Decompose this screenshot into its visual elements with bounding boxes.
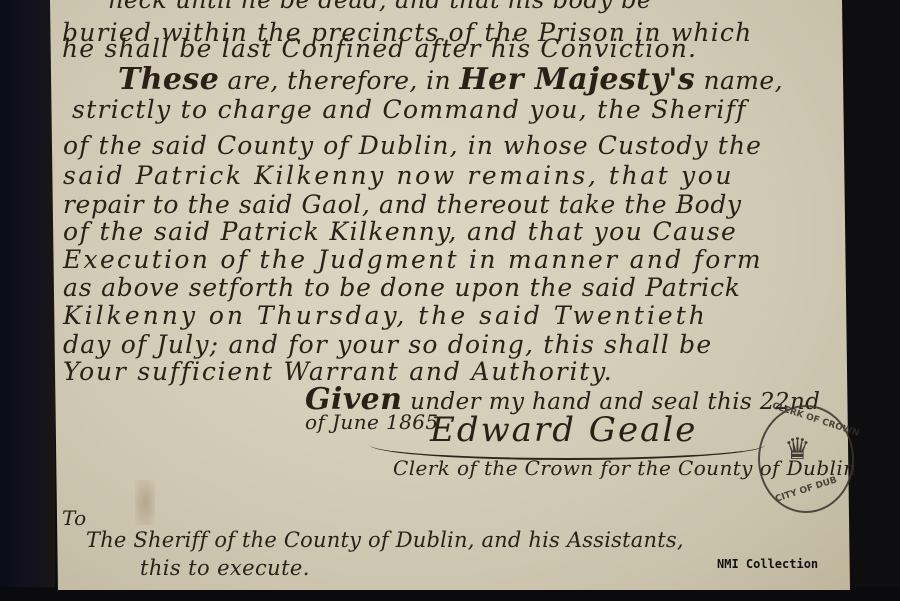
these-end: name,: [695, 66, 783, 95]
official-stamp: CLERK OF CROWN ♛ CITY OF DUB: [758, 405, 854, 513]
her-majesty: Her Majesty's: [459, 62, 695, 97]
warrant-line-13: day of July; and for your so doing, this…: [63, 330, 712, 359]
ink-smudge: [135, 480, 155, 525]
warrant-line-10: Execution of the Judgment in manner and …: [63, 245, 763, 274]
address-instruction: this to execute.: [140, 556, 310, 580]
warrant-line-9: of the said Patrick Kilkenny, and that y…: [63, 217, 737, 246]
warrant-line-11: as above setforth to be done upon the sa…: [63, 273, 741, 302]
collection-watermark: NMI Collection: [717, 557, 818, 571]
warrant-line-3: he shall be last Confined after his Conv…: [62, 34, 697, 63]
warrant-line-7: said Patrick Kilkenny now remains, that …: [63, 161, 734, 190]
warrant-line-12: Kilkenny on Thursday, the said Twentieth: [63, 301, 708, 330]
crown-icon: ♛: [784, 435, 811, 465]
warrant-line-8: repair to the said Gaol, and thereout ta…: [63, 190, 742, 219]
warrant-line-5: strictly to charge and Command you, the …: [72, 95, 747, 124]
stamp-bottom-text: CITY OF DUB: [774, 475, 838, 504]
warrant-line-1: neck until he be dead, and that his body…: [108, 0, 651, 14]
address-recipient: The Sheriff of the County of Dublin, and…: [86, 528, 684, 552]
backdrop-left: [0, 0, 55, 601]
these-word: These: [118, 62, 219, 97]
warrant-line-4: These are, therefore, in Her Majesty's n…: [118, 62, 783, 97]
these-rest: are, therefore, in: [219, 66, 459, 95]
address-to: To: [62, 506, 87, 530]
warrant-line-6: of the said County of Dublin, in whose C…: [63, 131, 762, 160]
